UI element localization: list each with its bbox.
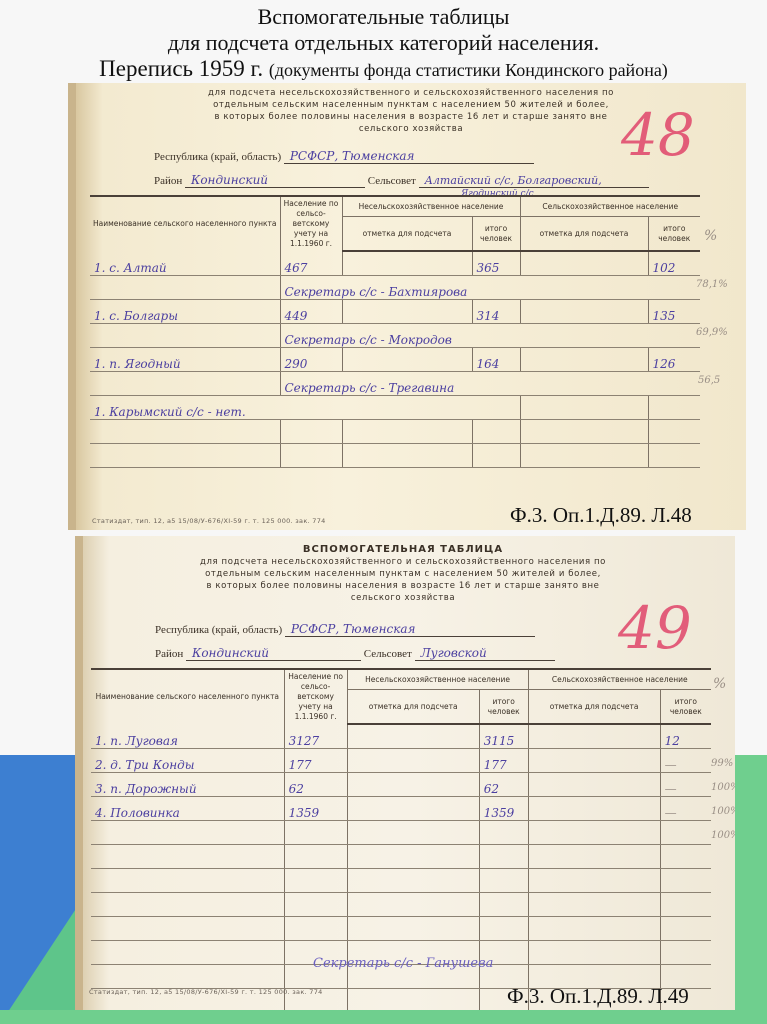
table-row: 1. п. Луговая 3127 3115 12 (91, 724, 711, 748)
cell-empty (91, 964, 284, 988)
cell-empty (91, 844, 284, 868)
cell-mark (342, 251, 472, 275)
table-row-empty (91, 916, 711, 940)
cell-empty (347, 916, 479, 940)
cell-empty (528, 892, 660, 916)
table-row: 1. с. Алтай 467 365 102 (90, 251, 700, 275)
slide-title: Вспомогательные таблицы для подсчета отд… (0, 4, 767, 83)
cell-empty (648, 443, 700, 467)
table-row-empty (91, 868, 711, 892)
selsovet-value: Луговской (415, 646, 555, 661)
cell-empty (90, 323, 280, 347)
secretary-note: Секретарь с/с - Бахтиярова (280, 275, 700, 299)
cell-name: 1. с. Болгары (90, 299, 280, 323)
table-row-empty (91, 844, 711, 868)
table-row-note: Секретарь с/с - Бахтиярова (90, 275, 700, 299)
cell-empty (284, 820, 347, 844)
col-header-total: итого человек (472, 217, 520, 251)
district-field: Район Кондинский Сельсовет Алтайский с/с… (154, 173, 649, 188)
table-row-note: Секретарь с/с - Мокродов (90, 323, 700, 347)
cell-empty (280, 443, 342, 467)
cell-empty (660, 940, 711, 964)
cell-mark (342, 347, 472, 371)
cell-population: 467 (280, 251, 342, 275)
pct-value: 99% (711, 758, 733, 769)
cell-agri-total: 126 (648, 347, 700, 371)
pct-value: 100% (711, 806, 735, 817)
cell-empty (660, 820, 711, 844)
table-row: 3. п. Дорожный 62 62 — (91, 772, 711, 796)
form-heading: ВСПОМОГАТЕЛЬНАЯ ТАБЛИЦА для подсчета нес… (153, 544, 653, 604)
cell-agri-total: 12 (660, 724, 711, 748)
cell-mark (528, 772, 660, 796)
table-row: 1. Карымский с/с - нет. (90, 395, 700, 419)
cell-mark (347, 772, 479, 796)
cell-mark (520, 347, 648, 371)
cell-empty (528, 844, 660, 868)
cell-name: 1. с. Алтай (90, 251, 280, 275)
cell-nonagri-total: 177 (479, 748, 528, 772)
cell-name: 1. п. Ягодный (90, 347, 280, 371)
selsovet-value: Алтайский с/с, Болгаровский, (419, 174, 649, 188)
cell-population: 449 (280, 299, 342, 323)
republic-value: РСФСР, Тюменская (284, 149, 534, 164)
cell-empty (520, 419, 648, 443)
form-subtitle-line: сельского хозяйства (156, 123, 666, 135)
cell-nonagri-total: 3115 (479, 724, 528, 748)
col-header-name: Наименование сельского населенного пункт… (91, 669, 284, 724)
cell-population: 177 (284, 748, 347, 772)
cell-empty (472, 443, 520, 467)
cell-empty (660, 916, 711, 940)
cell-name: 2. д. Три Конды (91, 748, 284, 772)
republic-value: РСФСР, Тюменская (285, 622, 535, 637)
table-row-empty (91, 892, 711, 916)
table-row: 1. п. Ягодный 290 164 126 (90, 347, 700, 371)
col-header-mark: отметка для подсчета (347, 690, 479, 724)
cell-empty (520, 443, 648, 467)
title-source-note: (документы фонда статистики Кондинского … (269, 60, 668, 80)
cell-empty (284, 892, 347, 916)
table-row: 4. Половинка 1359 1359 — (91, 796, 711, 820)
col-header-total: итого человек (479, 690, 528, 724)
cell-empty (347, 988, 479, 1010)
cell-agri-total: — (660, 796, 711, 820)
page-number-stamp: 48 (621, 101, 695, 169)
republic-label: Республика (край, область) (154, 151, 281, 163)
table-row: 2. д. Три Конды 177 177 — (91, 748, 711, 772)
cell-empty (528, 820, 660, 844)
cell-agri-total: — (660, 748, 711, 772)
cell-empty (528, 868, 660, 892)
cell-empty (91, 868, 284, 892)
col-header-agri: Сельскохозяйственное население (520, 196, 700, 217)
form-title: ВСПОМОГАТЕЛЬНАЯ ТАБЛИЦА (153, 544, 653, 556)
cell-empty (660, 844, 711, 868)
cell-empty (648, 395, 700, 419)
cell-empty (280, 419, 342, 443)
secretary-note: Секретарь с/с - Трегавина (280, 371, 700, 395)
district-label: Район (154, 175, 182, 187)
cell-empty (479, 844, 528, 868)
cell-empty (660, 868, 711, 892)
col-header-mark: отметка для подсчета (528, 690, 660, 724)
table-row-empty (90, 443, 700, 467)
cell-mark (520, 299, 648, 323)
cell-empty (472, 395, 520, 419)
cell-empty (342, 419, 472, 443)
cell-population: 3127 (284, 724, 347, 748)
cell-empty (342, 443, 472, 467)
cell-empty (472, 419, 520, 443)
cell-empty (479, 868, 528, 892)
cell-nonagri-total: 164 (472, 347, 520, 371)
cell-nonagri-total: 365 (472, 251, 520, 275)
pct-value: 78,1% (696, 279, 728, 290)
print-footer: Статиздат, тип. 12, а5 15/08/У-676/XI-59… (89, 988, 323, 996)
cell-empty (284, 916, 347, 940)
pct-value: 100% (711, 782, 735, 793)
cell-mark (342, 299, 472, 323)
cell-name: 3. п. Дорожный (91, 772, 284, 796)
cell-empty (347, 820, 479, 844)
background-green-strip (0, 1010, 767, 1024)
page-number-stamp: 49 (618, 594, 692, 662)
cell-empty (520, 395, 648, 419)
selsovet-label: Сельсовет (368, 175, 416, 187)
cell-mark (347, 748, 479, 772)
table-row-empty (90, 419, 700, 443)
table-row-empty (91, 820, 711, 844)
form-subtitle-line: в которых более половины населения в воз… (156, 111, 666, 123)
col-header-agri: Сельскохозяйственное население (528, 669, 711, 690)
cell-empty (284, 844, 347, 868)
cell-empty (347, 844, 479, 868)
col-header-mark: отметка для подсчета (342, 217, 472, 251)
district-value: Кондинский (186, 646, 361, 661)
cell-mark (528, 796, 660, 820)
form-subtitle-line: сельского хозяйства (153, 592, 653, 604)
district-label: Район (155, 648, 183, 660)
archive-document-l48: для подсчета несельскохозяйственного и с… (68, 83, 746, 530)
cell-mark (347, 724, 479, 748)
cell-empty (528, 940, 660, 964)
secretary-signature: Секретарь с/с - Ганушева (313, 956, 493, 971)
form-heading: для подсчета несельскохозяйственного и с… (156, 87, 666, 135)
cell-empty (91, 892, 284, 916)
archive-reference: Ф.3. Оп.1.Д.89. Л.48 (510, 503, 692, 528)
cell-mark (520, 251, 648, 275)
cell-empty (91, 916, 284, 940)
cell-population: 290 (280, 347, 342, 371)
col-header-mark: отметка для подсчета (520, 217, 648, 251)
cell-empty (91, 940, 284, 964)
form-subtitle-line: отдельным сельским населенным пунктам с … (153, 568, 653, 580)
col-header-total: итого человек (660, 690, 711, 724)
secretary-note: Секретарь с/с - Мокродов (280, 323, 700, 347)
col-header-name: Наименование сельского населенного пункт… (90, 196, 280, 251)
district-field: Район Кондинский Сельсовет Луговской (155, 646, 555, 661)
republic-field: Республика (край, область) РСФСР, Тюменс… (155, 622, 535, 637)
col-header-total: итого человек (648, 217, 700, 251)
form-subtitle-line: отдельным сельским населенным пунктам с … (156, 99, 666, 111)
form-subtitle-line: в которых более половины населения в воз… (153, 580, 653, 592)
pct-column-header: % (713, 676, 726, 692)
print-footer: Статиздат, тип. 12, а5 15/08/У-676/XI-59… (92, 517, 326, 525)
cell-empty (479, 820, 528, 844)
cell-empty (479, 916, 528, 940)
cell-empty (90, 419, 280, 443)
cell-agri-total: — (660, 772, 711, 796)
cell-mark (528, 724, 660, 748)
republic-label: Республика (край, область) (155, 624, 282, 636)
archive-document-l49: ВСПОМОГАТЕЛЬНАЯ ТАБЛИЦА для подсчета нес… (75, 536, 735, 1010)
title-census-year: Перепись 1959 г. (99, 56, 263, 81)
cell-agri-total: 135 (648, 299, 700, 323)
col-header-population: Население по сельсо-ветскому учету на 1.… (280, 196, 342, 251)
cell-nonagri-total: 314 (472, 299, 520, 323)
title-line-1: Вспомогательные таблицы (0, 4, 767, 30)
cell-name: 4. Половинка (91, 796, 284, 820)
cell-mark (528, 748, 660, 772)
cell-empty (648, 419, 700, 443)
archive-reference: Ф.3. Оп.1.Д.89. Л.49 (507, 984, 689, 1009)
title-line-3: Перепись 1959 г. (документы фонда статис… (0, 56, 767, 83)
cell-empty (91, 820, 284, 844)
pct-value: 69,9% (696, 327, 728, 338)
cell-nonagri-total: 1359 (479, 796, 528, 820)
col-header-population: Население по сельсо-ветскому учету на 1.… (284, 669, 347, 724)
selsovet-label: Сельсовет (364, 648, 412, 660)
cell-empty (660, 892, 711, 916)
cell-empty (347, 868, 479, 892)
cell-empty (284, 868, 347, 892)
pct-value: 56,5 (698, 375, 720, 386)
col-header-nonagri: Несельскохозяйственное население (347, 669, 528, 690)
cell-nonagri-total: 62 (479, 772, 528, 796)
cell-agri-total: 102 (648, 251, 700, 275)
pct-column-header: % (704, 228, 717, 244)
title-line-2: для подсчета отдельных категорий населен… (0, 30, 767, 56)
form-subtitle-line: для подсчета несельскохозяйственного и с… (153, 556, 653, 568)
cell-empty (90, 443, 280, 467)
cell-mark (347, 796, 479, 820)
cell-empty (479, 892, 528, 916)
census-table: Наименование сельского населенного пункт… (90, 195, 700, 468)
table-row: 1. с. Болгары 449 314 135 (90, 299, 700, 323)
cell-population: 62 (284, 772, 347, 796)
cell-empty (347, 892, 479, 916)
cell-empty (90, 275, 280, 299)
republic-field: Республика (край, область) РСФСР, Тюменс… (154, 149, 534, 164)
cell-name: 1. п. Луговая (91, 724, 284, 748)
district-value: Кондинский (185, 173, 365, 188)
cell-name: 1. Карымский с/с - нет. (90, 395, 472, 419)
cell-population: 1359 (284, 796, 347, 820)
table-row-note: Секретарь с/с - Трегавина (90, 371, 700, 395)
col-header-nonagri: Несельскохозяйственное население (342, 196, 520, 217)
form-subtitle-line: для подсчета несельскохозяйственного и с… (156, 87, 666, 99)
pct-value: 100% (711, 830, 735, 841)
cell-empty (528, 916, 660, 940)
cell-empty (90, 371, 280, 395)
